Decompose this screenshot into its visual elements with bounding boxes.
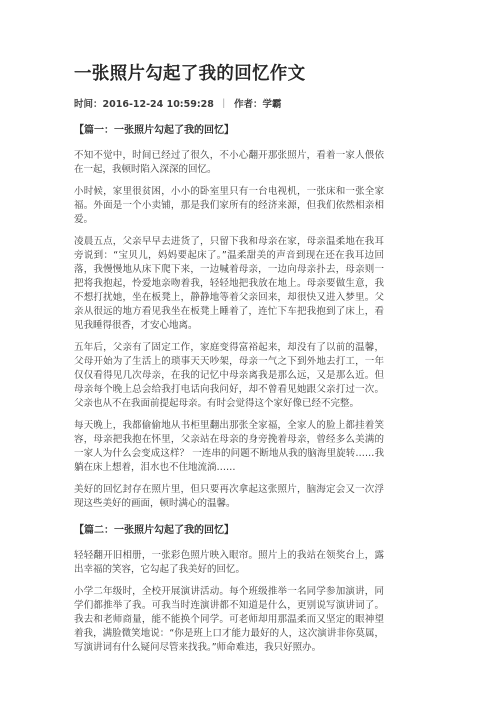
section-2: 【篇二：一张照片勾起了我的回忆】 轻轻翻开旧相册，一张彩色照片映入眼帘。照片上的…: [74, 524, 384, 655]
paragraph: 凌晨五点，父亲早早去进货了，只留下我和母亲在家，母亲温柔地在我耳旁说到：“宝贝儿…: [74, 235, 384, 333]
paragraph: 轻轻翻开旧相册，一张彩色照片映入眼帘。照片上的我站在领奖台上，露出幸福的笑容，它…: [74, 549, 384, 577]
section-1-heading: 【篇一：一张照片勾起了我的回忆】: [74, 124, 384, 138]
article-content: 一张照片勾起了我的回忆作文 时间：2016-12-24 10:59:28 ｜ 作…: [74, 61, 384, 655]
time-value: 2016-12-24 10:59:28: [103, 99, 214, 110]
time-label: 时间：: [74, 99, 103, 110]
author-value: 学霸: [263, 99, 282, 110]
meta-line: 时间：2016-12-24 10:59:28 ｜ 作者：学霸: [74, 98, 384, 111]
meta-separator: ｜: [219, 99, 229, 110]
paragraph: 小学二年级时，全校开展演讲活动。每个班级推举一名同学参加演讲，同学们都推举了我。…: [74, 585, 384, 655]
paragraph: 五年后，父亲有了固定工作，家庭变得富裕起来，却没有了以前的温馨，父母开始为了生活…: [74, 341, 384, 411]
paragraph: 小时候，家里很贫困，小小的卧室里只有一台电视机，一张床和一张全家福。外面是一个小…: [74, 185, 384, 227]
author-label: 作者：: [234, 99, 263, 110]
paragraph: 每天晚上，我都偷偷地从书柜里翻出那张全家福，全家人的脸上都挂着笑容，母亲把我抱在…: [74, 419, 384, 475]
essay-page: 一张照片勾起了我的回忆作文 时间：2016-12-24 10:59:28 ｜ 作…: [0, 0, 500, 708]
paragraph: 美好的回忆封存在照片里，但只要再次拿起这张照片，脑海定会又一次浮现这些美好的画面…: [74, 483, 384, 511]
paragraph: 不知不觉中，时间已经过了很久，不小心翻开那张照片，看着一家人偎依在一起，我顿时陷…: [74, 149, 384, 177]
section-1: 【篇一：一张照片勾起了我的回忆】 不知不觉中，时间已经过了很久，不小心翻开那张照…: [74, 124, 384, 511]
page-title: 一张照片勾起了我的回忆作文: [74, 61, 384, 87]
section-2-heading: 【篇二：一张照片勾起了我的回忆】: [74, 524, 384, 538]
